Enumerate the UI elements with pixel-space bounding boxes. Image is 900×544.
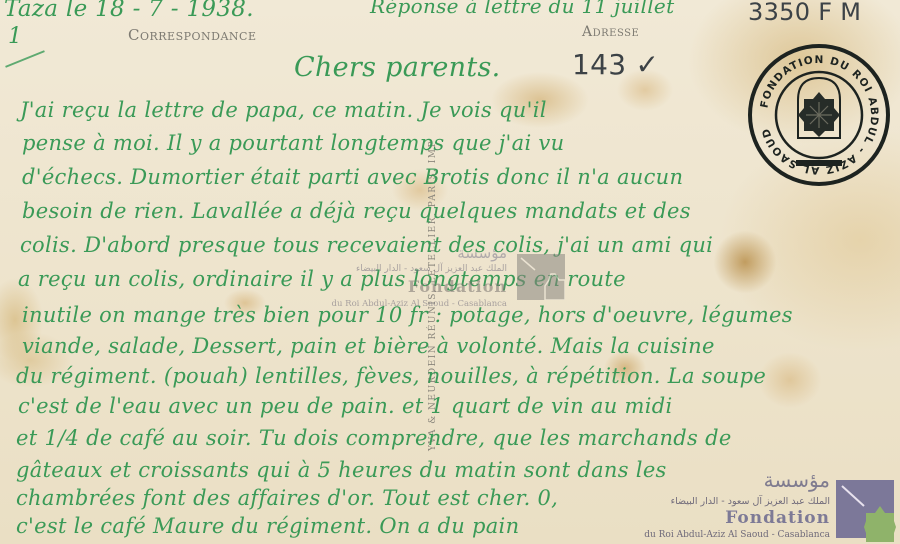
- watermark-arabic-subtitle: الملك عبد العزيز آل سعود - الدار البيضاء: [671, 496, 830, 507]
- body-line: chambrées font des affaires d'or. Tout e…: [16, 486, 558, 510]
- watermark-title: Fondation: [408, 277, 507, 296]
- archive-code: 3350 F M: [748, 0, 861, 26]
- correspondance-label: Correspondance: [128, 26, 257, 44]
- foundation-logo-icon: [517, 254, 565, 300]
- body-line: J'ai reçu la lettre de papa, ce matin. J…: [20, 98, 547, 122]
- watermark-center: مؤسسة الملك عبد العزيز آل سعود - الدار ا…: [340, 244, 565, 314]
- adresse-label: Adresse: [582, 24, 639, 40]
- postcard-back: Correspondance Adresse YVA & NEURDEIN RÉ…: [0, 0, 900, 544]
- greeting: Chers parents.: [294, 52, 501, 83]
- page-number: 1: [8, 24, 22, 49]
- watermark-title: Fondation: [725, 508, 830, 528]
- foundation-stamp: FONDATION DU ROI ABDUL - AZIZ AL SAOUD: [746, 42, 892, 188]
- watermark-arabic-title: مؤسسة: [457, 244, 507, 262]
- stamp-seal-icon: FONDATION DU ROI ABDUL - AZIZ AL SAOUD: [746, 42, 892, 188]
- header-date: Taza le 18 - 7 - 1938.: [4, 0, 254, 22]
- body-line: besoin de rien. Lavallée a déjà reçu que…: [22, 199, 691, 223]
- body-line: viande, salade, Dessert, pain et bière à…: [22, 334, 715, 358]
- watermark-corner: مؤسسة الملك عبد العزيز آل سعود - الدار ا…: [722, 470, 900, 544]
- watermark-arabic-title: مؤسسة: [764, 468, 830, 492]
- body-line: c'est le café Maure du régiment. On a du…: [16, 514, 519, 538]
- watermark-arabic-subtitle: الملك عبد العزيز آل سعود - الدار البيضاء: [356, 264, 507, 274]
- address-number: 143 ✓: [572, 48, 659, 81]
- body-line: c'est de l'eau avec un peu de pain. et 1…: [18, 394, 673, 418]
- body-line: pense à moi. Il y a pourtant longtemps q…: [22, 131, 564, 155]
- body-line: du régiment. (pouah) lentilles, fèves, n…: [16, 364, 766, 388]
- foundation-logo-icon: [834, 480, 896, 542]
- page-number-underline: [5, 50, 45, 68]
- watermark-subtitle: du Roi Abdul-Aziz Al Saoud - Casablanca: [332, 299, 507, 309]
- body-line: d'échecs. Dumortier était parti avec Bro…: [22, 165, 683, 189]
- header-reply-note: Réponse à lettre du 11 juillet: [370, 0, 674, 18]
- body-line: et 1/4 de café au soir. Tu dois comprend…: [16, 426, 732, 450]
- watermark-subtitle: du Roi Abdul-Aziz Al Saoud - Casablanca: [644, 530, 830, 540]
- body-line: gâteaux et croissants qui à 5 heures du …: [16, 458, 667, 482]
